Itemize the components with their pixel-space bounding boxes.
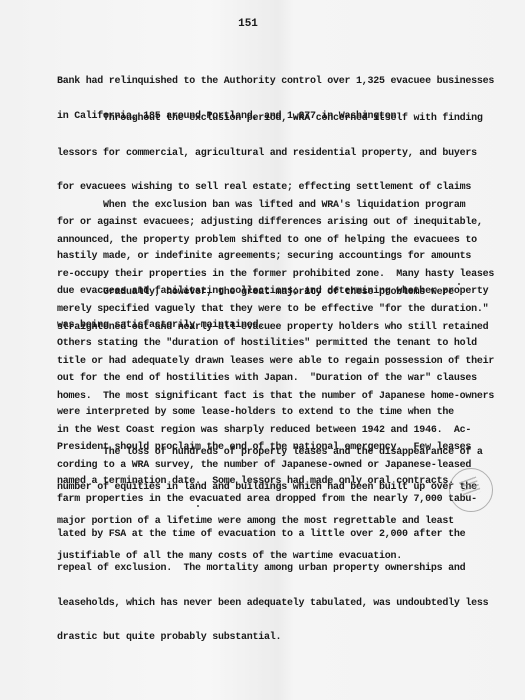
text-line: number of equities in land and buildings… xyxy=(57,482,497,494)
text-line: The loss of hundreds of property leases … xyxy=(57,447,497,459)
page-number: 151 xyxy=(0,18,496,30)
speck xyxy=(458,283,460,285)
text-line: When the exclusion ban was lifted and WR… xyxy=(57,200,497,212)
paragraph-5: The loss of hundreds of property leases … xyxy=(57,424,497,585)
text-line: announced, the property problem shifted … xyxy=(57,235,497,247)
text-line: lessors for commercial, agricultural and… xyxy=(57,148,497,160)
text-line: leaseholds, which has never been adequat… xyxy=(57,598,497,610)
text-line: drastic but quite probably substantial. xyxy=(57,632,497,644)
text-line: major portion of a lifetime were among t… xyxy=(57,516,497,528)
text-line: Throughout the exclusion period, WRA con… xyxy=(57,113,497,125)
text-line: title or had adequately drawn leases wer… xyxy=(57,356,497,368)
text-line: homes. The most significant fact is that… xyxy=(57,391,497,403)
speck xyxy=(197,505,199,507)
text-line: justifiable of all the many costs of the… xyxy=(57,551,497,563)
text-line: straightened out and nearly all evacuee … xyxy=(57,322,497,334)
text-line: Gradually, however, the great majority o… xyxy=(57,287,497,299)
document-page: 151 Bank had relinquished to the Authori… xyxy=(0,0,525,700)
archive-stamp-icon xyxy=(449,468,493,512)
text-line: Bank had relinquished to the Authority c… xyxy=(57,76,497,88)
